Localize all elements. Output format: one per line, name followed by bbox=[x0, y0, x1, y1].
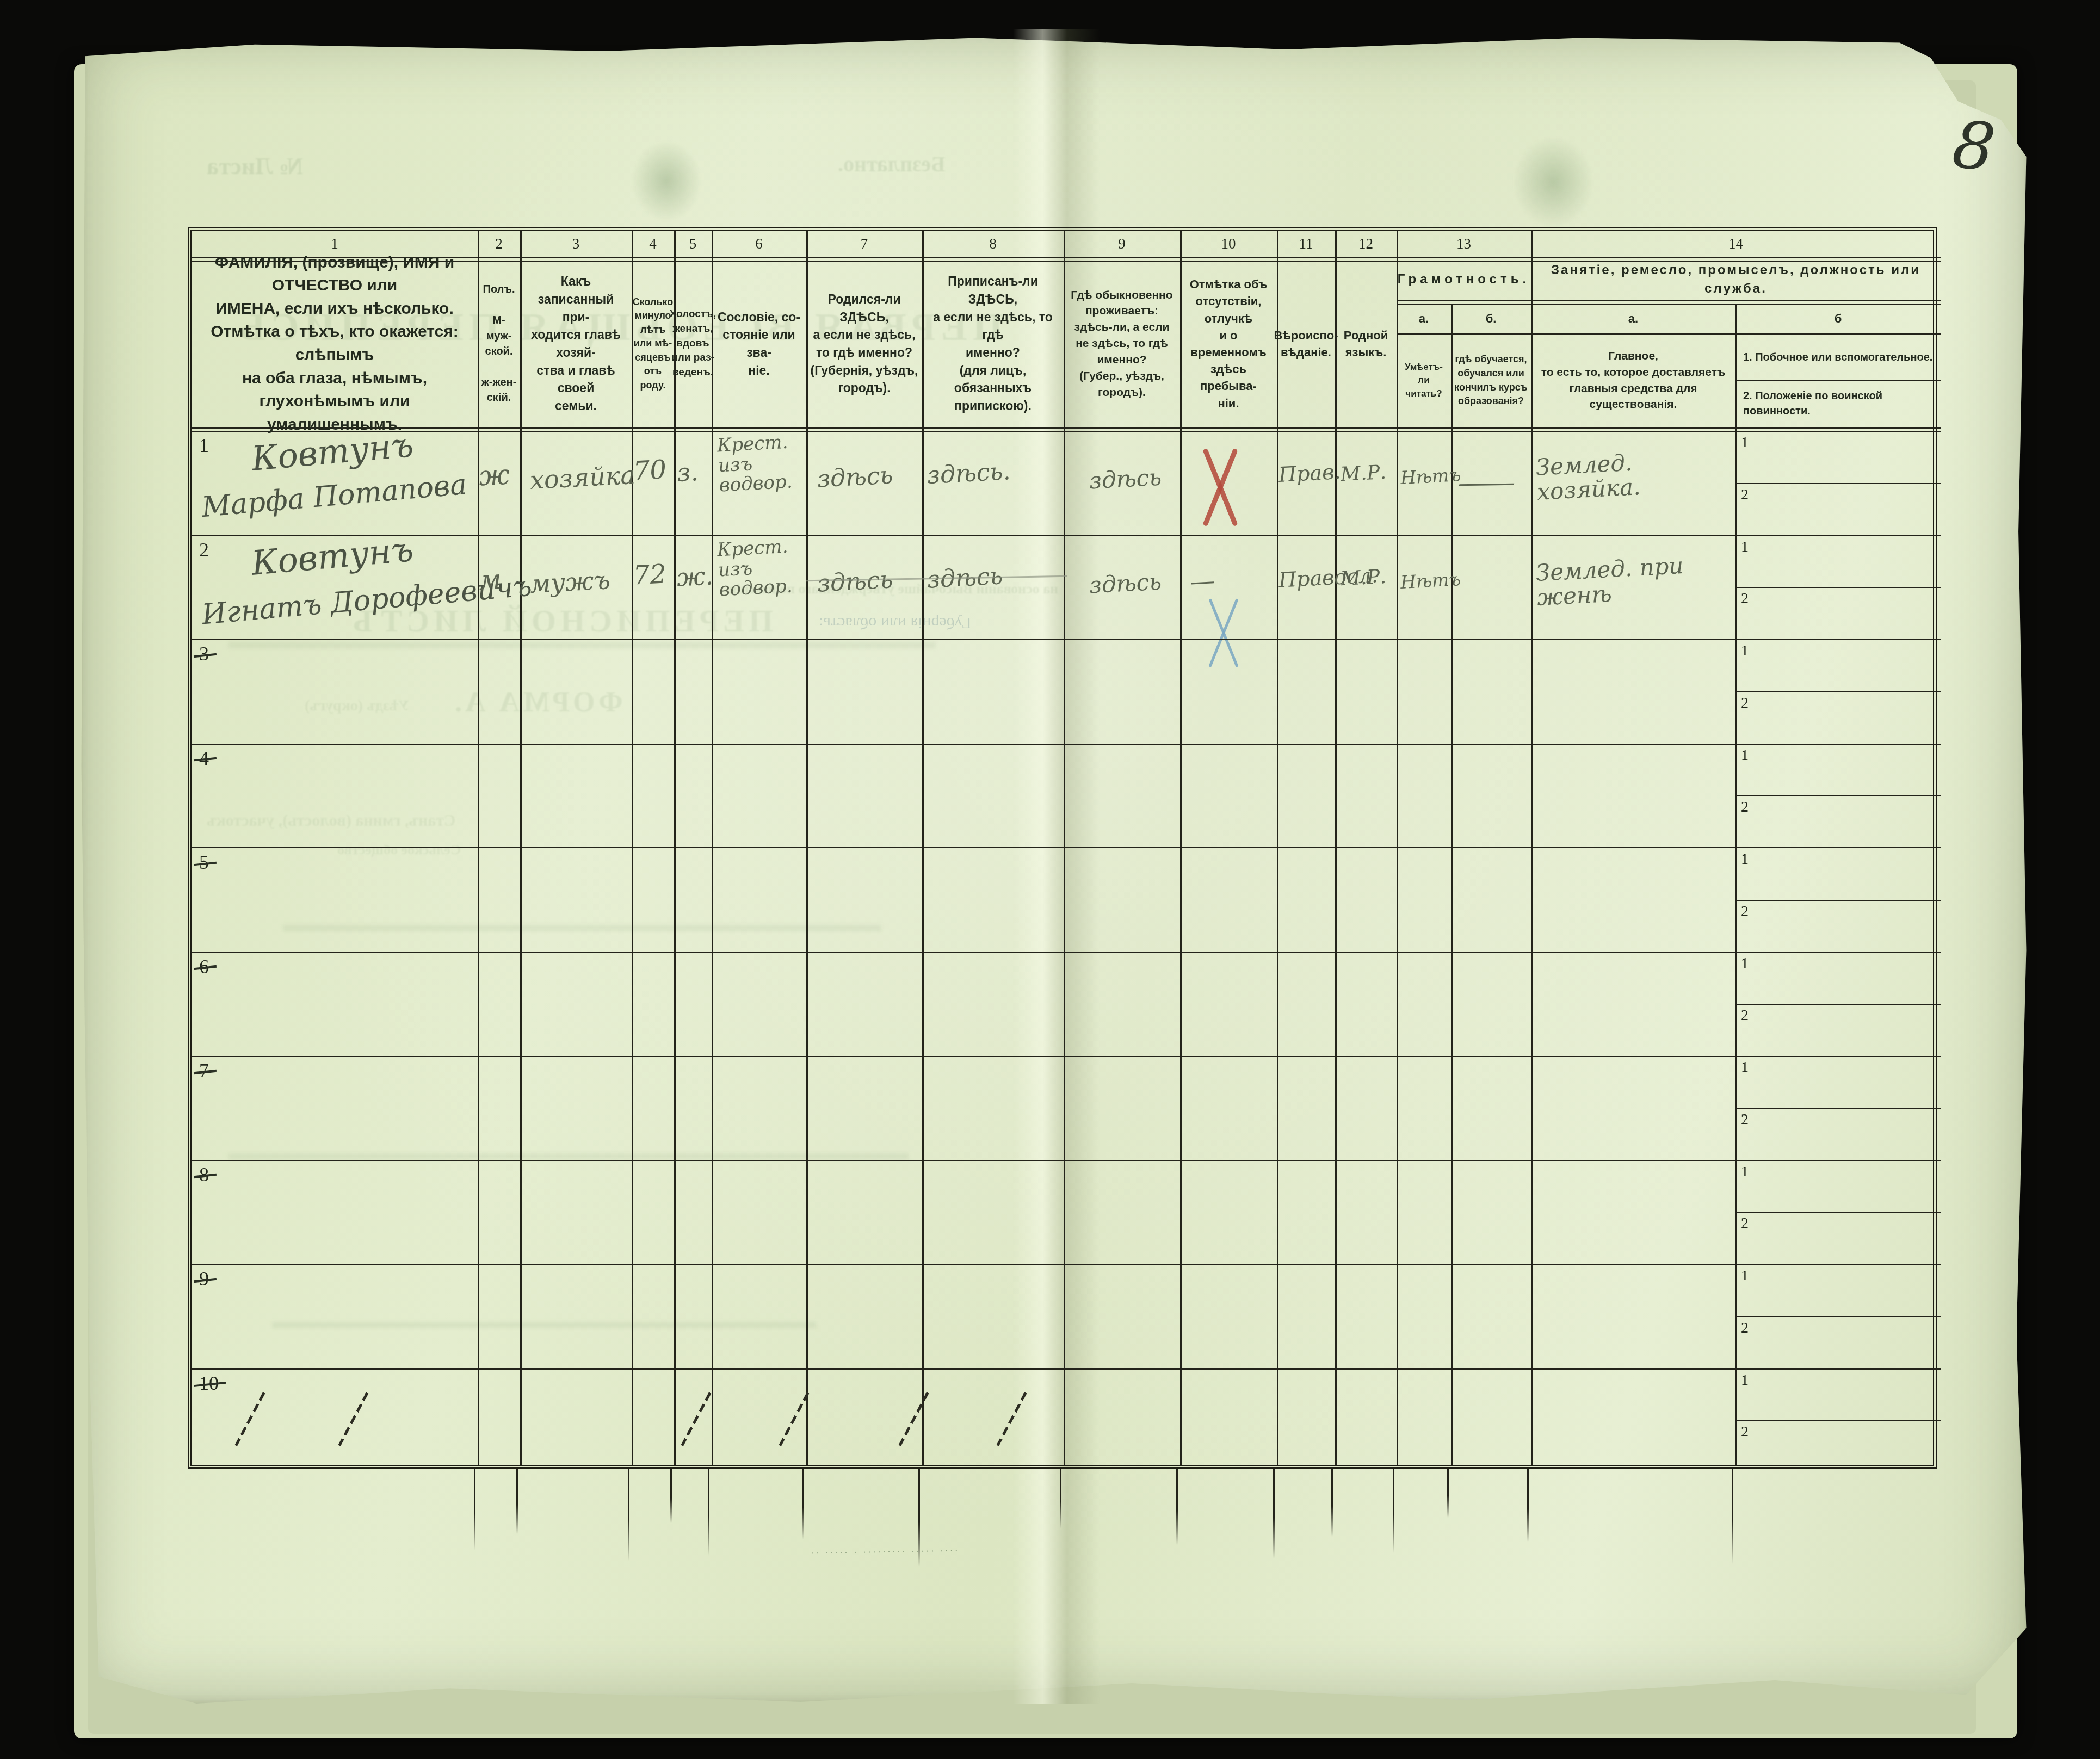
header-col7: Родился-ли ЗДѢСЬ, а если не здѣсь, то гд… bbox=[810, 264, 919, 424]
header-col12: Родной языкъ. bbox=[1338, 264, 1393, 424]
column-stub-15 bbox=[1732, 1469, 1733, 1564]
sub-row-label-2: 2 bbox=[1741, 903, 1749, 920]
column-stub-14 bbox=[1447, 1469, 1449, 1518]
row-2-reads: Нѣтъ bbox=[1400, 569, 1461, 592]
occ-sub-line-7 bbox=[1735, 1108, 1941, 1109]
col-number-10: 10 bbox=[1180, 231, 1277, 257]
occ-sub-line-8 bbox=[1735, 1212, 1941, 1213]
column-stub-13 bbox=[1527, 1469, 1529, 1542]
row-2-born: здѣсь bbox=[817, 567, 894, 597]
bleed-list-no: № Листа bbox=[207, 152, 303, 180]
row-10-void-slash-4 bbox=[779, 1392, 809, 1446]
row-line-10 bbox=[192, 1368, 1941, 1370]
occ-side-split bbox=[1735, 380, 1941, 381]
column-stub-5 bbox=[708, 1469, 709, 1556]
row-number-7: 7 bbox=[199, 1059, 209, 1082]
row-1-marital: з. bbox=[676, 459, 699, 487]
row-2-language: М.Р. bbox=[1340, 566, 1387, 590]
occ-sub-line-6 bbox=[1735, 1004, 1941, 1005]
row-2-marital: ж. bbox=[676, 562, 714, 591]
row-line-5 bbox=[192, 847, 1941, 848]
col-line-14ab bbox=[1735, 304, 1737, 1465]
row-2-occupation: Землед. при женѣ bbox=[1535, 553, 1685, 610]
column-stub-8 bbox=[1060, 1469, 1061, 1528]
row-1-resides: здѣсь bbox=[1089, 465, 1162, 493]
sub-row-label-2: 2 bbox=[1741, 1111, 1749, 1129]
header-col14b-2: 2. Положеніе по воинской повинности. bbox=[1743, 382, 1935, 425]
row-number-1: 1 bbox=[199, 434, 209, 457]
column-stub-3 bbox=[628, 1469, 629, 1561]
header-col9: Гдѣ обыкновенно проживаетъ: здѣсь-ли, а … bbox=[1067, 264, 1177, 424]
col-number-14: 14 bbox=[1531, 231, 1941, 257]
row-2-age: 72 bbox=[633, 560, 668, 590]
row-line-8 bbox=[192, 1160, 1941, 1161]
col-number-11: 11 bbox=[1277, 231, 1335, 257]
sub-row-label-2: 2 bbox=[1741, 1215, 1749, 1232]
sub-row-label-1: 1 bbox=[1741, 1163, 1749, 1181]
header-col1: ФАМИЛІЯ, (прозвище), ИМЯ и ОТЧЕСТВО или … bbox=[195, 264, 474, 424]
row-1-relation: хозяйка bbox=[529, 462, 636, 494]
header-col14-band: Занятіе, ремесло, промыселъ, должность и… bbox=[1531, 261, 1941, 299]
row-10-void-slash-3 bbox=[681, 1392, 711, 1446]
header-col2: Полъ. М-муж- ской. ж-жен- скій. bbox=[481, 264, 517, 424]
crest-watermark-2 bbox=[1512, 136, 1594, 228]
row-line-4 bbox=[192, 744, 1941, 745]
header-col10: Отмѣтка объ отсутствіи, отлучкѣ и о врем… bbox=[1183, 264, 1274, 424]
header-col14b-1: 1. Побочное или вспомогательное. bbox=[1743, 336, 1935, 379]
row-1-language: М.Р. bbox=[1340, 462, 1387, 486]
sub-row-label-1: 1 bbox=[1741, 434, 1749, 451]
col-number-8: 8 bbox=[922, 231, 1064, 257]
col-number-13: 13 bbox=[1397, 231, 1531, 257]
sub-row-label-1: 1 bbox=[1741, 1372, 1749, 1389]
row-1-reads: Нѣтъ bbox=[1400, 465, 1461, 487]
row-number-8: 8 bbox=[199, 1163, 209, 1186]
row-1-born: здѣсь bbox=[817, 462, 894, 492]
sub-row-label-2: 2 bbox=[1741, 1423, 1749, 1441]
row-number-6: 6 bbox=[199, 955, 209, 978]
crest-watermark bbox=[631, 140, 702, 222]
column-stub-6 bbox=[802, 1469, 804, 1539]
col-number-12: 12 bbox=[1335, 231, 1397, 257]
row-1-absence-red-x-mark bbox=[1195, 446, 1245, 529]
row-1-educated: — bbox=[1455, 469, 1515, 497]
sub-row-label-2: 2 bbox=[1741, 1007, 1749, 1024]
sub-row-label-1: 1 bbox=[1741, 747, 1749, 764]
column-stub-11 bbox=[1331, 1469, 1333, 1537]
col-number-5: 5 bbox=[674, 231, 712, 257]
row-10-void-slash-5 bbox=[898, 1392, 929, 1446]
sub-row-label-2: 2 bbox=[1741, 695, 1749, 712]
occ-sub-line-1 bbox=[1735, 483, 1941, 484]
ab-labels-line bbox=[1397, 333, 1941, 335]
col-number-7: 7 bbox=[806, 231, 922, 257]
row-line-9 bbox=[192, 1264, 1941, 1265]
row-2-absence-blue-x-mark bbox=[1205, 596, 1243, 670]
row-1-age: 70 bbox=[633, 456, 668, 486]
row-1-registered: здѣсь. bbox=[927, 459, 1011, 488]
header-col6: Сословіе, со- стояніе или зва- ніе. bbox=[715, 264, 803, 424]
column-stub-12 bbox=[1393, 1469, 1394, 1553]
occ-sub-line-4 bbox=[1735, 795, 1941, 796]
row-2-resides: здѣсь bbox=[1089, 569, 1162, 597]
column-stub-7 bbox=[918, 1469, 920, 1566]
header-col13b-label: б. bbox=[1451, 305, 1531, 332]
sub-row-label-1: 1 bbox=[1741, 1059, 1749, 1076]
header-col4: Сколько минуло лѣтъ или мѣ- сяцевъ отъ р… bbox=[635, 264, 671, 424]
occ-sub-line-10 bbox=[1735, 1420, 1941, 1421]
header-col14a: Главное, то есть то, которое доставляетъ… bbox=[1531, 336, 1735, 425]
header-col13a: Умѣетъ- ли читать? bbox=[1397, 336, 1451, 425]
sub-row-label-2: 2 bbox=[1741, 486, 1749, 504]
row-number-10: 10 bbox=[199, 1372, 219, 1395]
column-stub-10 bbox=[1273, 1469, 1275, 1558]
row-2-relation: мужъ bbox=[529, 567, 611, 598]
bleed-free-label: Безплатно. bbox=[838, 151, 945, 177]
header-col14a-label: а. bbox=[1531, 305, 1735, 332]
row-1-given-name: Марфа Потапова bbox=[200, 469, 468, 523]
row-2-sex: м bbox=[478, 564, 502, 594]
row-10-void-slash-1 bbox=[234, 1392, 265, 1446]
row-line-2 bbox=[192, 535, 1941, 536]
census-table: 1234567891011121314ФАМИЛІЯ, (прозвище), … bbox=[188, 227, 1937, 1469]
row-number-4: 4 bbox=[199, 747, 209, 770]
sub-row-label-2: 2 bbox=[1741, 798, 1749, 816]
col-number-3: 3 bbox=[520, 231, 632, 257]
sub-row-label-1: 1 bbox=[1741, 851, 1749, 868]
sub-row-label-1: 1 bbox=[1741, 642, 1749, 660]
sub-row-label-1: 1 bbox=[1741, 538, 1749, 556]
row-number-3: 3 bbox=[199, 642, 209, 665]
col-number-9: 9 bbox=[1064, 231, 1180, 257]
col-number-6: 6 bbox=[712, 231, 806, 257]
row-1-religion: Прав. bbox=[1278, 461, 1341, 486]
row-1-sex: ж bbox=[478, 460, 511, 491]
row-number-2: 2 bbox=[199, 538, 209, 561]
occ-sub-line-3 bbox=[1735, 691, 1941, 692]
occ-sub-line-9 bbox=[1735, 1316, 1941, 1317]
header-col13a-label: а. bbox=[1397, 305, 1451, 332]
row-2-surname: Ковтунъ bbox=[250, 531, 415, 582]
sub-row-label-2: 2 bbox=[1741, 1320, 1749, 1337]
sub-row-label-1: 1 bbox=[1741, 1267, 1749, 1285]
row-line-3 bbox=[192, 639, 1941, 640]
column-stub-2 bbox=[516, 1469, 518, 1534]
occ-sub-line-2 bbox=[1735, 587, 1941, 588]
scanned-census-page: № Листа Безплатно. ПЕРВАЯ ВСЕОБЩАЯ ПЕРЕП… bbox=[0, 0, 2100, 1759]
header-col5: Холостъ, женатъ, вдовъ или раз- веденъ. bbox=[677, 264, 708, 424]
column-stub-1 bbox=[474, 1469, 475, 1550]
row-line-7 bbox=[192, 1056, 1941, 1057]
header-col13b: гдѣ обучается, обучался или кончилъ курс… bbox=[1451, 336, 1531, 425]
sub-row-label-1: 1 bbox=[1741, 955, 1749, 973]
row-2-absence: — bbox=[1189, 567, 1216, 595]
row-number-9: 9 bbox=[199, 1267, 209, 1290]
header-col3: Какъ записанный при- ходится главѣ хозяй… bbox=[523, 264, 628, 424]
row-1-occupation: Землед. хозяйка. bbox=[1535, 450, 1641, 505]
row-10-void-slash-2 bbox=[338, 1392, 368, 1446]
col-number-4: 4 bbox=[632, 231, 674, 257]
header-col14b-label: б bbox=[1735, 305, 1941, 332]
column-stub-9 bbox=[1176, 1469, 1178, 1545]
row-2-estate: Крест. изъ водвор. bbox=[717, 536, 793, 600]
header-col11: Вѣроиспо- вѣданіе. bbox=[1280, 264, 1332, 424]
row-10-void-slash-6 bbox=[996, 1392, 1027, 1446]
row-number-5: 5 bbox=[199, 851, 209, 874]
row-1-estate: Крест. изъ водвор. bbox=[717, 432, 793, 496]
sub-row-label-2: 2 bbox=[1741, 590, 1749, 608]
col-number-2: 2 bbox=[478, 231, 520, 257]
occ-sub-line-5 bbox=[1735, 900, 1941, 901]
header-col8: Приписанъ-ли ЗДѢСЬ, а если не здѣсь, то … bbox=[925, 264, 1060, 424]
row-line-6 bbox=[192, 952, 1941, 953]
literacy-band-line bbox=[1397, 300, 1941, 301]
header-col13-band: Грамотность. bbox=[1397, 261, 1531, 299]
column-stub-4 bbox=[670, 1469, 672, 1523]
